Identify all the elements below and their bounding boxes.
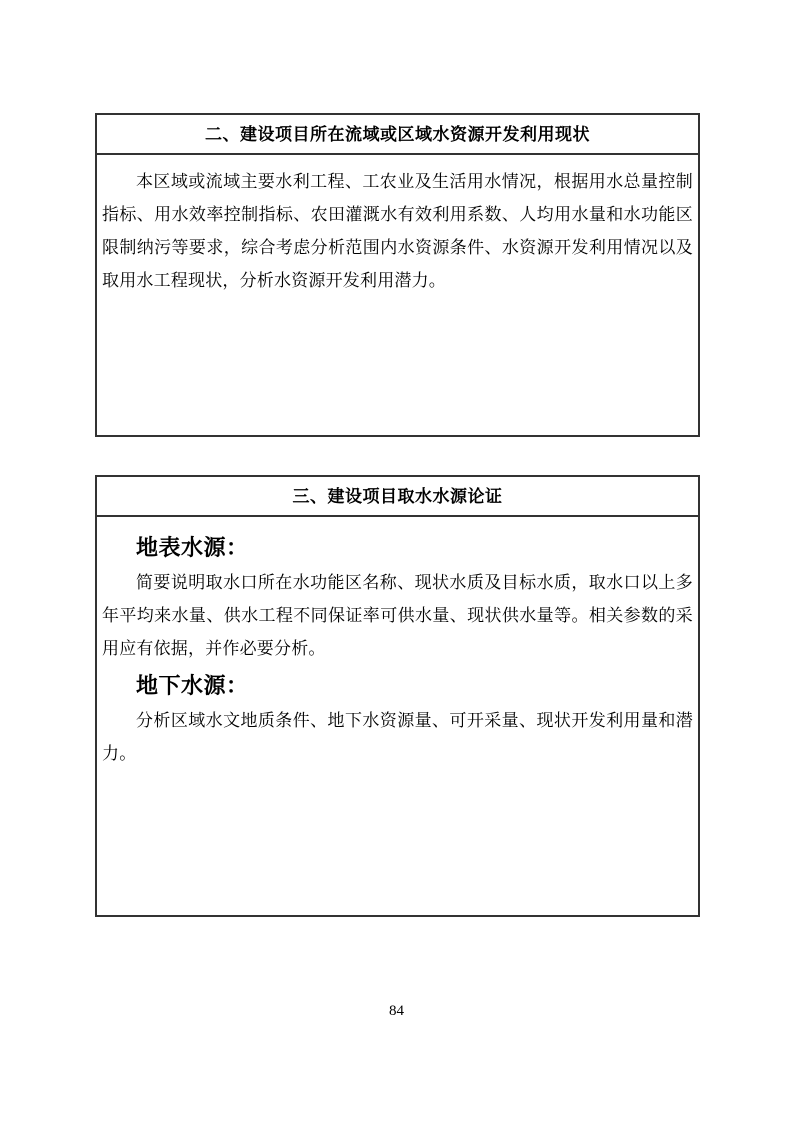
section-basin-status-box: 二、建设项目所在流域或区域水资源开发利用现状 本区域或流域主要水利工程、工农业及… bbox=[95, 113, 700, 437]
section-water-source-title: 三、建设项目取水水源论证 bbox=[97, 477, 698, 517]
groundwater-paragraph: 分析区域水文地质条件、地下水资源量、可开采量、现状开发利用量和潜力。 bbox=[102, 704, 693, 770]
surface-water-paragraph: 简要说明取水口所在水功能区名称、现状水质及目标水质，取水口以上多年平均来水量、供… bbox=[102, 566, 693, 665]
page-number: 84 bbox=[0, 1000, 793, 1022]
document-page: 二、建设项目所在流域或区域水资源开发利用现状 本区域或流域主要水利工程、工农业及… bbox=[0, 0, 793, 1122]
groundwater-heading: 地下水源： bbox=[136, 671, 693, 701]
section-basin-status-body: 本区域或流域主要水利工程、工农业及生活用水情况，根据用水总量控制指标、用水效率控… bbox=[97, 155, 698, 297]
section-water-source-box: 三、建设项目取水水源论证 地表水源： 简要说明取水口所在水功能区名称、现状水质及… bbox=[95, 475, 700, 917]
section-water-source-body: 地表水源： 简要说明取水口所在水功能区名称、现状水质及目标水质，取水口以上多年平… bbox=[97, 517, 698, 770]
section-basin-status-paragraph: 本区域或流域主要水利工程、工农业及生活用水情况，根据用水总量控制指标、用水效率控… bbox=[102, 165, 693, 297]
section-basin-status-title: 二、建设项目所在流域或区域水资源开发利用现状 bbox=[97, 115, 698, 155]
surface-water-heading: 地表水源： bbox=[136, 533, 693, 563]
